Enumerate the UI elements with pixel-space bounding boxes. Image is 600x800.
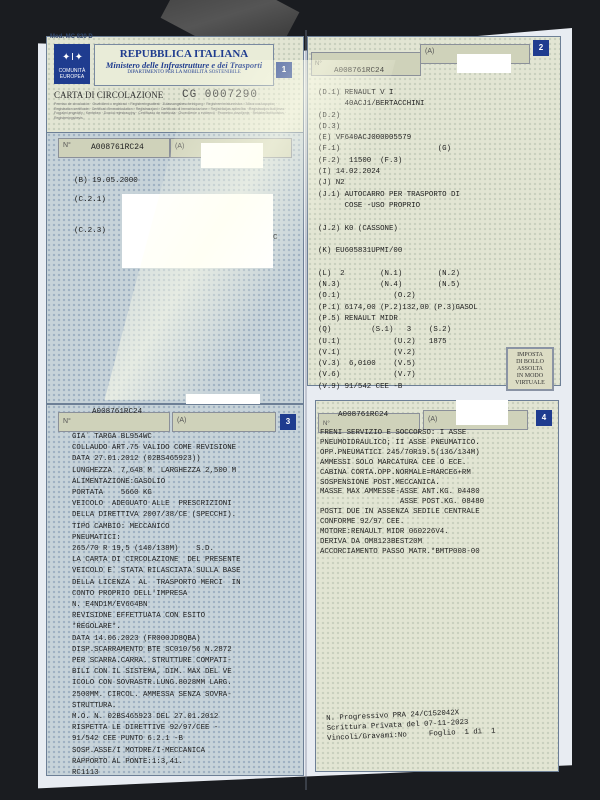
page-number-badge-4: 4: [536, 410, 552, 426]
redacted-plate: [201, 143, 263, 168]
page1-panel: [46, 132, 304, 404]
registration-number-label: N°: [63, 142, 71, 149]
registration-number-p4: A008761RC24: [338, 410, 388, 421]
redacted-owner: [122, 194, 273, 268]
redacted-plate-p4: [456, 400, 508, 425]
plate-label: (A): [175, 143, 184, 150]
page2-fields: (D.1) RENAULT V I 40ACJ1/BERTACCHINI (D.…: [318, 88, 478, 393]
page-number-badge-3: 3: [280, 414, 296, 430]
country-name: REPUBBLICA ITALIANA: [95, 48, 273, 60]
field-b: (B) 19.05.2000: [74, 176, 138, 187]
page4-notes: FRENI SERVIZIO E SOCCORSO: I ASSE PNEUMO…: [320, 429, 484, 558]
eu-stars-icon: ✦ I ✦: [54, 48, 90, 68]
page3-notes: GIA` TARGA BL954WC COLLAUDO ART.75 VALID…: [72, 432, 241, 779]
document-serial: CG 0007290: [182, 89, 258, 101]
redacted-plate-p2: [457, 54, 511, 73]
registration-number: A008761RC24: [91, 143, 144, 152]
owner-tail-char: C: [273, 233, 278, 244]
department-name: DIPARTIMENTO PER LA MOBILITÀ SOSTENIBILE: [95, 70, 273, 75]
ministry-name: Ministero delle Infrastrutture e dei Tra…: [95, 60, 273, 70]
document-title: CARTA DI CIRCOLAZIONE: [54, 90, 163, 100]
eu-label-line2: EUROPEA: [54, 74, 90, 80]
registration-number-p3: A008761RC24: [92, 407, 142, 418]
multilingual-fine-print: Permiso de circulación · Osvědčení o reg…: [54, 102, 292, 132]
registration-number-box: N° A008761RC24: [58, 138, 170, 158]
field-c21-label: (C.2.1): [74, 195, 106, 206]
eu-emblem: ✦ I ✦ COMUNITÀ EUROPEA: [54, 44, 90, 84]
page-number-badge-1: 1: [276, 62, 292, 78]
registration-number-p2: A008761RC24: [334, 66, 384, 77]
field-c23-label: (C.2.3): [74, 226, 106, 237]
plate-box-p3: (A): [172, 412, 276, 432]
document-header: REPUBBLICA ITALIANA Ministero delle Infr…: [94, 44, 274, 86]
tax-stamp: IMPOSTADI BOLLOASSOLTAIN MODOVIRTUALE: [506, 347, 554, 391]
page-number-badge-2: 2: [533, 40, 549, 56]
form-code: Mod. MC 820 D: [50, 34, 93, 40]
